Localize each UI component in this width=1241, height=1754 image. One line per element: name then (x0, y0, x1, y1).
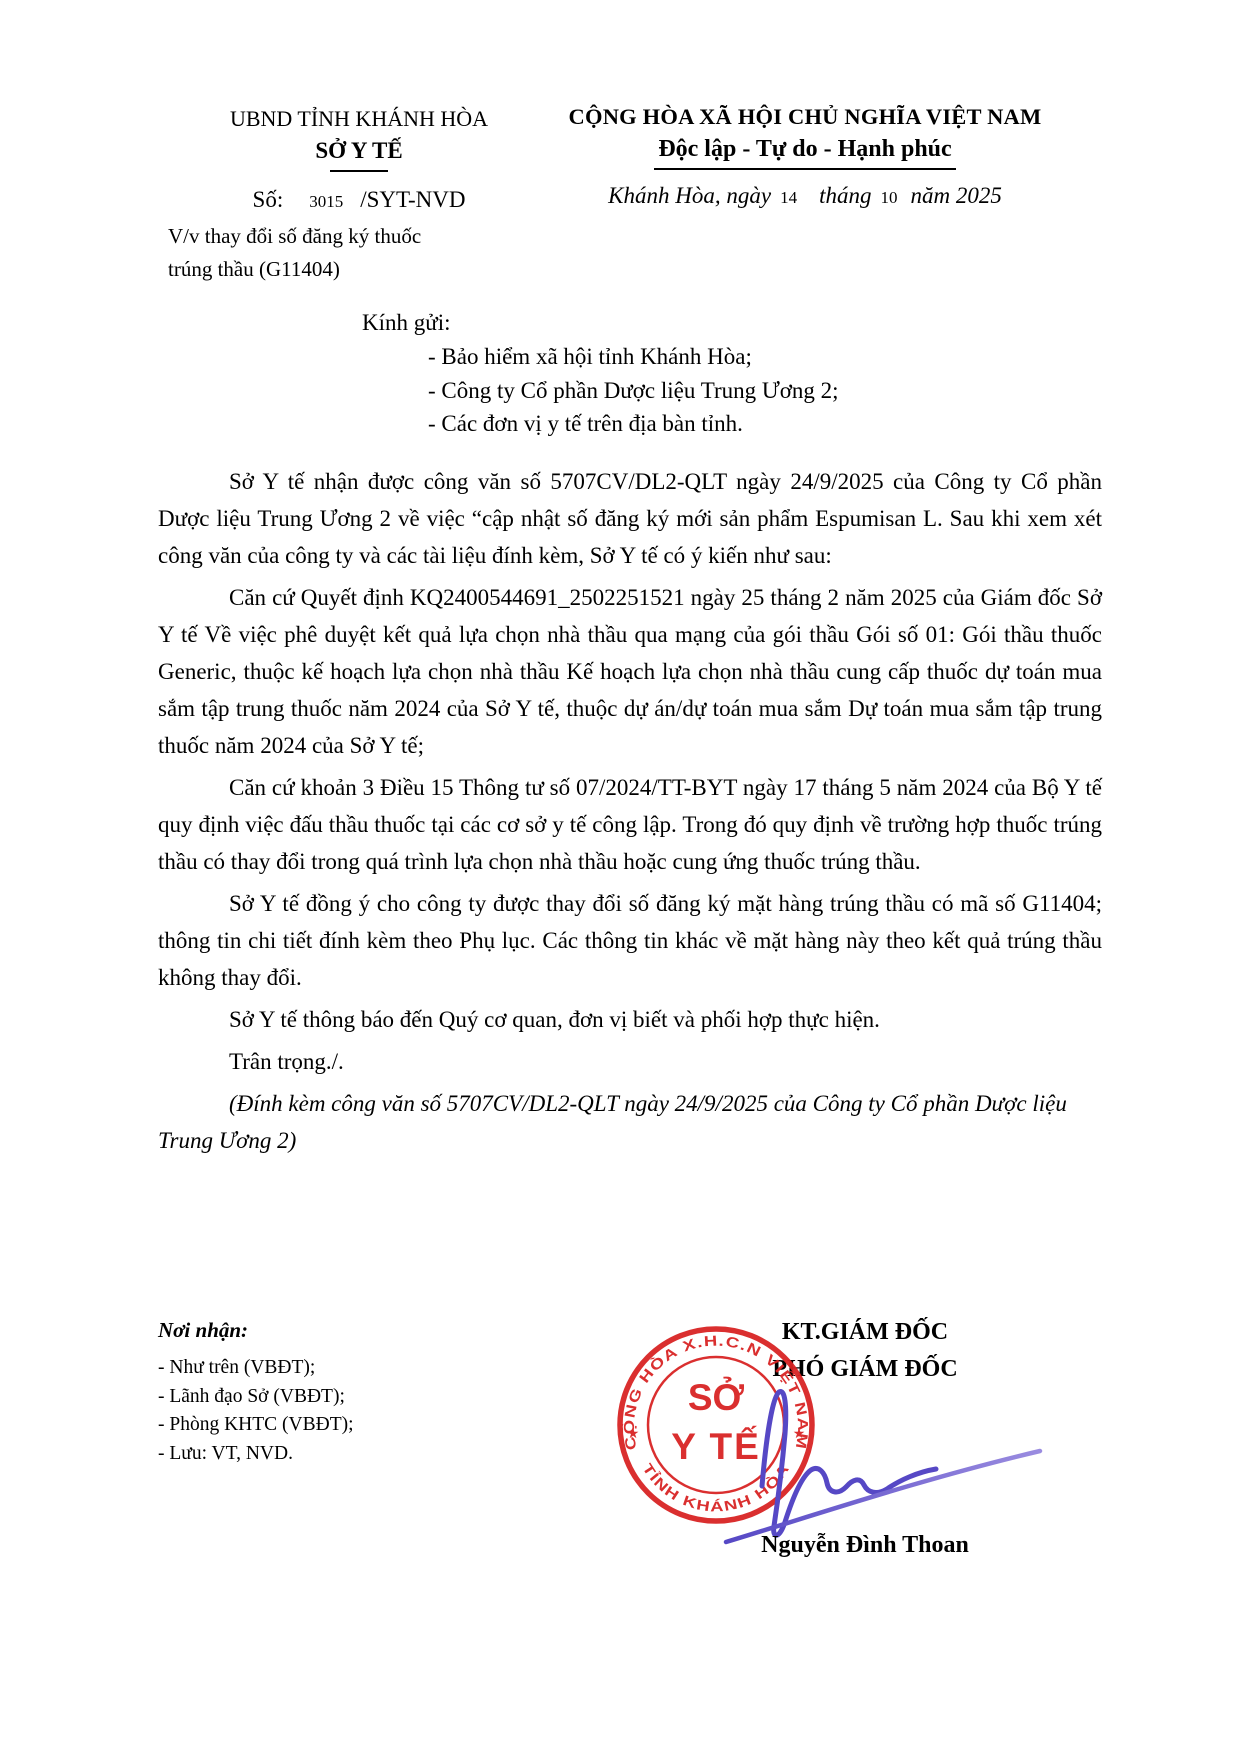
signer-name: Nguyễn Đình Thoan (700, 1532, 1030, 1559)
distribution-item: - Lưu: VT, NVD. (158, 1440, 354, 1469)
document-number-line: Số:3015/SYT-NVD (158, 184, 560, 218)
document-number-label: Số: (253, 187, 284, 212)
distribution-label: Nơi nhận: (158, 1318, 354, 1343)
body-paragraph: Sở Y tế thông báo đến Quý cơ quan, đơn v… (158, 1001, 1102, 1038)
recipient-item: - Công ty Cổ phần Dược liệu Trung Ương 2… (428, 374, 839, 408)
star-icon: ★ (627, 1427, 640, 1442)
body-paragraph: Căn cứ khoản 3 Điều 15 Thông tư số 07/20… (158, 769, 1102, 880)
distribution-item: - Phòng KHTC (VBĐT); (158, 1411, 354, 1440)
signature-main-stroke (762, 1391, 936, 1535)
department-underline (330, 170, 388, 172)
document-subject: V/v thay đổi số đăng ký thuốc trúng thầu… (168, 220, 490, 286)
distribution-item: - Như trên (VBĐT); (158, 1354, 354, 1383)
signature-sweep-stroke (726, 1451, 1040, 1542)
recipient-item: - Bảo hiểm xã hội tỉnh Khánh Hòa; (428, 340, 839, 374)
attachment-note: (Đính kèm công văn số 5707CV/DL2-QLT ngà… (158, 1085, 1102, 1159)
official-letter-page: UBND TỈNH KHÁNH HÒA SỞ Y TẾ Số:3015/SYT-… (0, 0, 1241, 1754)
recipient-list: - Bảo hiểm xã hội tỉnh Khánh Hòa; - Công… (428, 340, 839, 441)
subject-line-1: V/v thay đổi số đăng ký thuốc (168, 220, 490, 253)
issuing-authority-block: UBND TỈNH KHÁNH HÒA SỞ Y TẾ Số:3015/SYT-… (158, 104, 560, 218)
date-month-label: tháng (819, 183, 871, 208)
date-year: năm 2025 (910, 183, 1001, 208)
distribution-block: Nơi nhận: - Như trên (VBĐT); - Lãnh đạo … (158, 1318, 354, 1468)
parent-authority: UBND TỈNH KHÁNH HÒA (158, 104, 560, 134)
letter-body: Sở Y tế nhận được công văn số 5707CV/DL2… (158, 463, 1102, 1164)
closing-line: Trân trọng./. (158, 1043, 1102, 1080)
recipient-item: - Các đơn vị y tế trên địa bàn tỉnh. (428, 407, 839, 441)
date-day: 14 (780, 188, 797, 207)
national-title: CỘNG HÒA XÃ HỘI CHỦ NGHĨA VIỆT NAM (505, 102, 1105, 132)
distribution-item: - Lãnh đạo Sở (VBĐT); (158, 1383, 354, 1412)
date-month: 10 (880, 188, 897, 207)
document-number-suffix: /SYT-NVD (360, 187, 465, 212)
body-paragraph: Căn cứ Quyết định KQ2400544691_250225152… (158, 579, 1102, 764)
place-date-line: Khánh Hòa, ngày14tháng10năm 2025 (505, 180, 1105, 214)
department-name: SỞ Y TẾ (158, 136, 560, 166)
handwritten-signature (680, 1375, 1060, 1550)
body-paragraph: Sở Y tế nhận được công văn số 5707CV/DL2… (158, 463, 1102, 574)
national-header-block: CỘNG HÒA XÃ HỘI CHỦ NGHĨA VIỆT NAM Độc l… (505, 102, 1105, 214)
national-motto: Độc lập - Tự do - Hạnh phúc (654, 134, 955, 170)
date-place: Khánh Hòa, ngày (608, 183, 771, 208)
salutation: Kính gửi: (362, 306, 451, 339)
body-paragraph: Sở Y tế đồng ý cho công ty được thay đổi… (158, 885, 1102, 996)
document-number-value: 3015 (309, 192, 343, 211)
subject-line-2: trúng thầu (G11404) (168, 253, 490, 286)
